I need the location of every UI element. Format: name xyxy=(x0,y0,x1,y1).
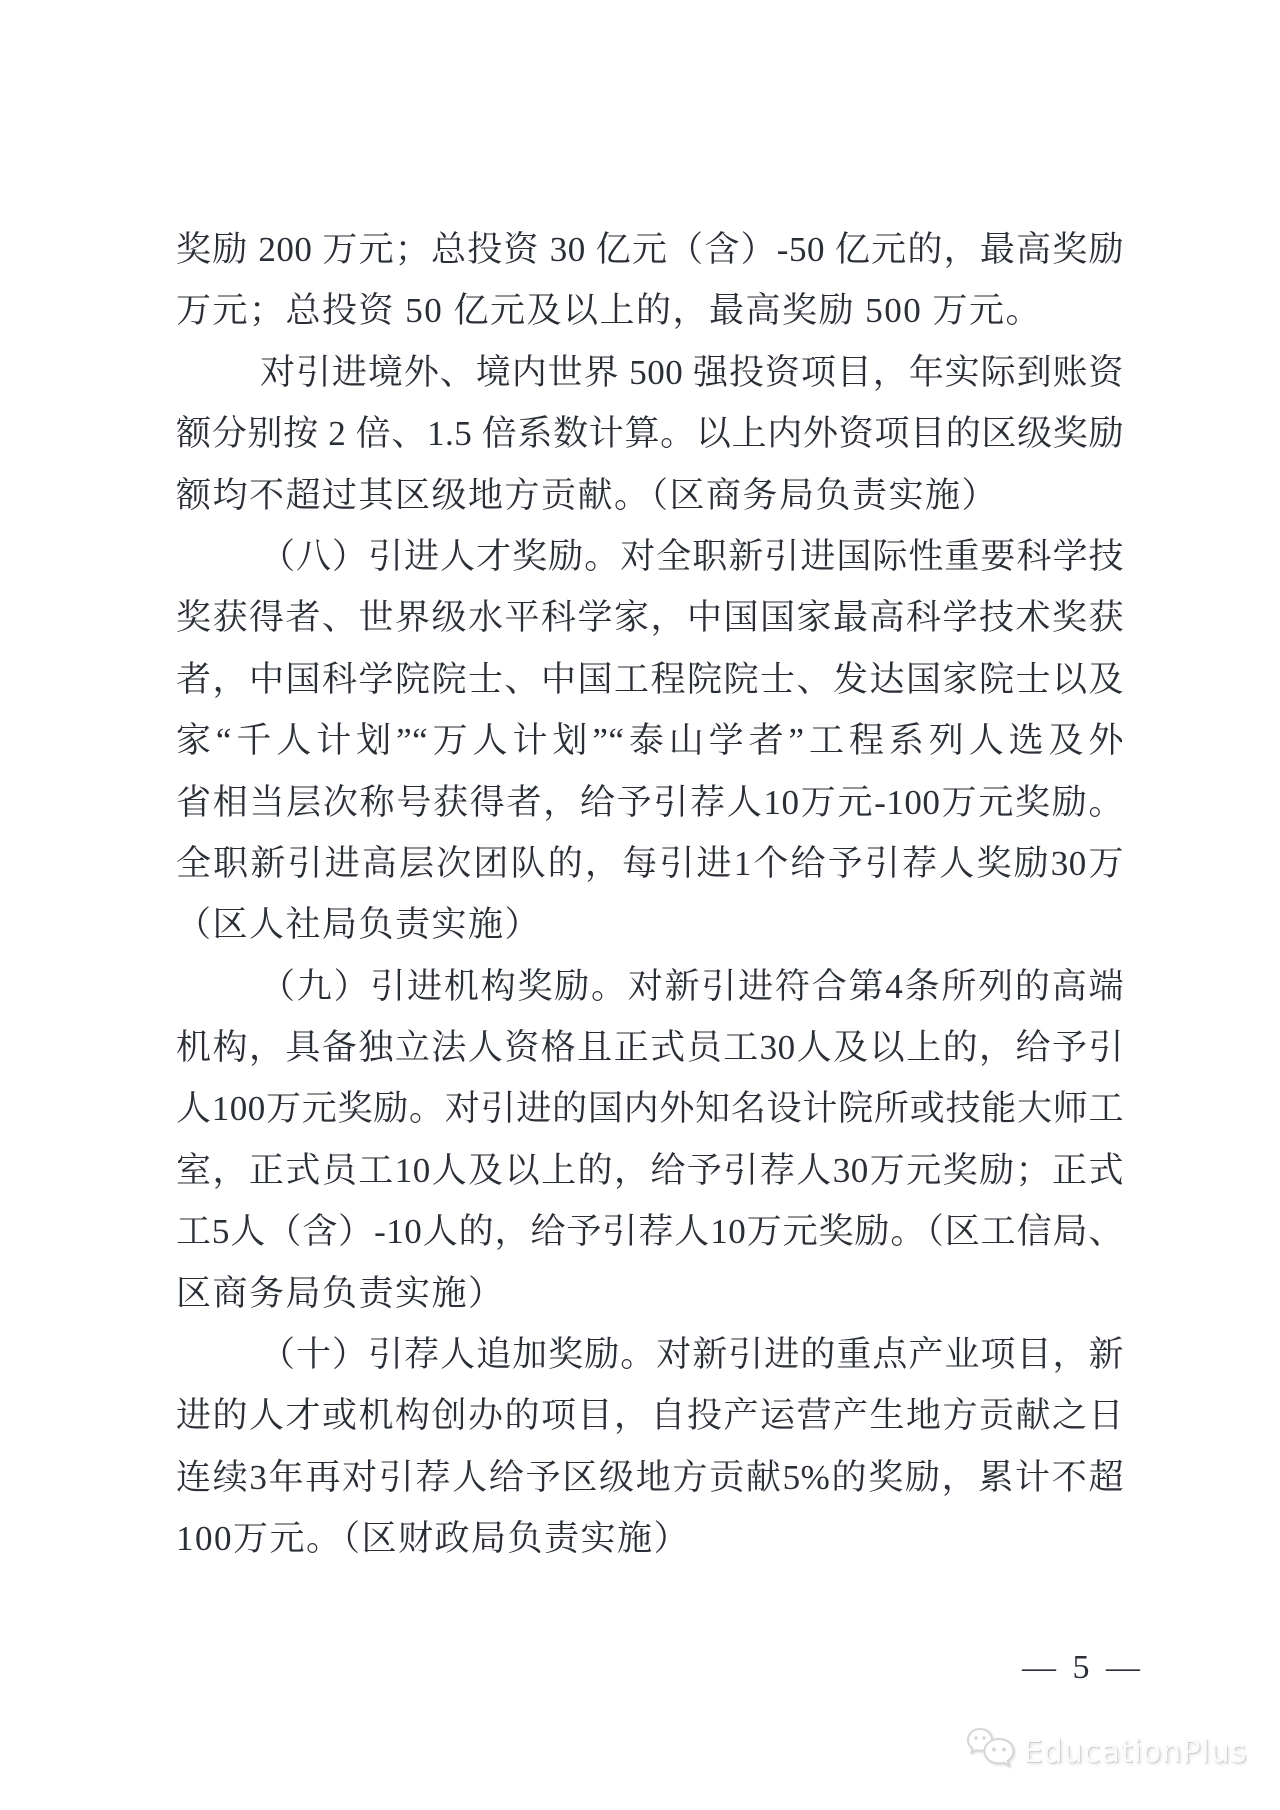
brand-watermark: EducationPlus xyxy=(966,1726,1247,1777)
text-line: 区商务局负责实施） xyxy=(176,1263,1124,1324)
text-line: 机构，具备独立法人资格且正式员工30人及以上的，给予引荐 xyxy=(176,1017,1124,1078)
text-line: 人100万元奖励。对引进的国内外知名设计院所或技能大师工作 xyxy=(176,1078,1124,1139)
text-line: 对引进境外、境内世界 500 强投资项目，年实际到账资金 xyxy=(176,342,1124,403)
text-line: 奖获得者、世界级水平科学家，中国国家最高科学技术奖获得 xyxy=(176,587,1124,648)
text-line: （十）引荐人追加奖励。对新引进的重点产业项目，新引 xyxy=(176,1324,1124,1385)
text-line: 进的人才或机构创办的项目，自投产运营产生地方贡献之日起， xyxy=(176,1385,1124,1446)
text-line: 家“千人计划”“万人计划”“泰山学者”工程系列人选及外 xyxy=(176,710,1124,771)
brand-name: EducationPlus xyxy=(1023,1729,1247,1775)
wechat-icon xyxy=(966,1726,1016,1777)
text-line: 者，中国科学院院士、中国工程院院士、发达国家院士以及国 xyxy=(176,649,1124,710)
text-line: 额分别按 2 倍、1.5 倍系数计算。以上内外资项目的区级奖励金 xyxy=(176,403,1124,464)
page-number: — 5 — xyxy=(1018,1646,1148,1690)
document-page: 奖励 200 万元；总投资 30 亿元（含）-50 亿元的，最高奖励 300 万… xyxy=(0,0,1280,1810)
text-line: 连续3年再对引荐人给予区级地方贡献5%的奖励，累计不超过 xyxy=(176,1447,1124,1508)
text-line: （九）引进机构奖励。对新引进符合第4条所列的高端研发 xyxy=(176,956,1124,1017)
text-line: 省相当层次称号获得者，给予引荐人10万元-100万元奖励。对 xyxy=(176,772,1124,833)
text-line: 室，正式员工10人及以上的，给予引荐人30万元奖励；正式员 xyxy=(176,1140,1124,1201)
text-line: 万元；总投资 50 亿元及以上的，最高奖励 500 万元。 xyxy=(176,280,1124,341)
text-line: 额均不超过其区级地方贡献。（区商务局负责实施） xyxy=(176,465,1124,526)
text-line: 100万元。（区财政局负责实施） xyxy=(176,1508,1124,1569)
text-line: （区人社局负责实施） xyxy=(176,894,1124,955)
text-line: 全职新引进高层次团队的，每引进1个给予引荐人奖励30万元。 xyxy=(176,833,1124,894)
text-line: 工5人（含）-10人的，给予引荐人10万元奖励。（区工信局、 xyxy=(176,1201,1124,1262)
text-line: 奖励 200 万元；总投资 30 亿元（含）-50 亿元的，最高奖励 300 xyxy=(176,219,1124,280)
text-line: （八）引进人才奖励。对全职新引进国际性重要科学技术 xyxy=(176,526,1124,587)
text-block: 奖励 200 万元；总投资 30 亿元（含）-50 亿元的，最高奖励 300 万… xyxy=(176,219,1124,1570)
